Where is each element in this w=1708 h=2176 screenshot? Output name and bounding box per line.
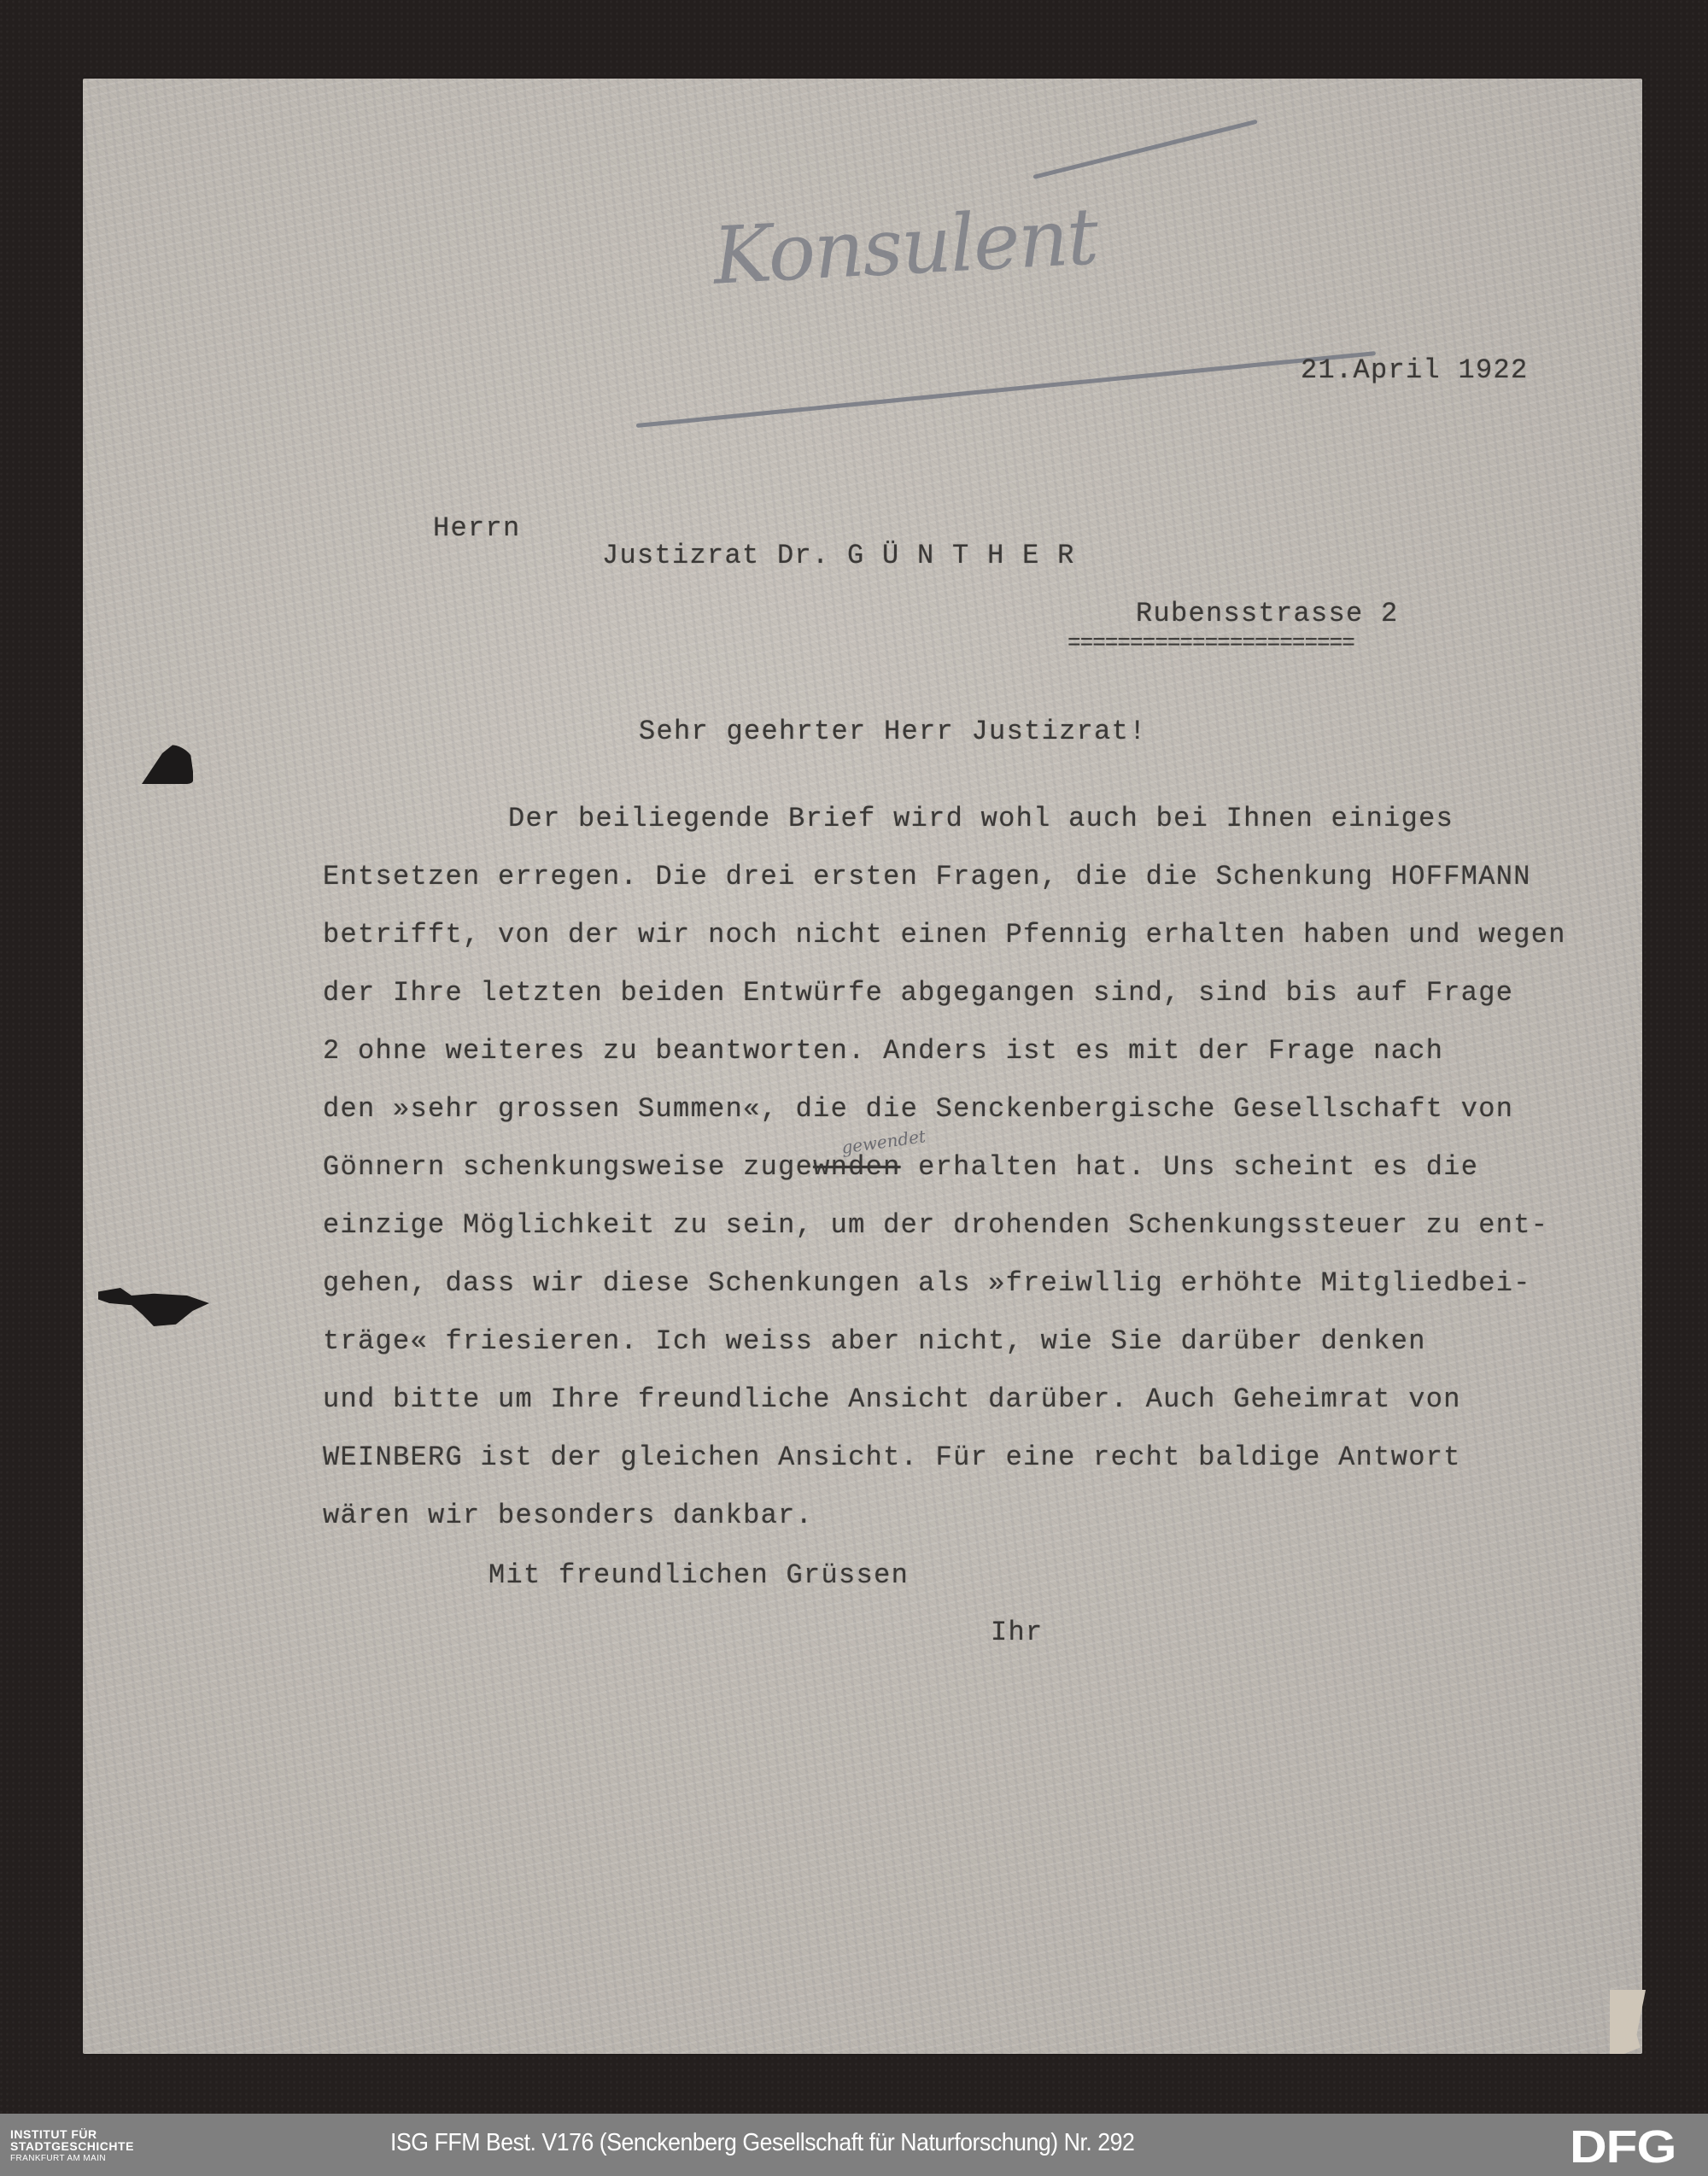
dfg-logo: DFG [1570,2124,1676,2170]
body-line-1: Der beiliegende Brief wird wohl auch bei… [508,803,1454,834]
body-line-2: Entsetzen erregen. Die drei ersten Frage… [323,861,1531,892]
body-line-4: der Ihre letzten beiden Entwürfe abgegan… [323,977,1513,1009]
signature-word: Ihr [991,1617,1044,1648]
letter-closing: Mit freundlichen Grüssen [488,1559,909,1591]
recipient-name: Justizrat Dr. G Ü N T H E R [602,540,1075,571]
institute-logo-line1: INSTITUT FÜR [10,2128,134,2140]
recipient-salutation: Herrn [433,512,521,544]
body-line-3: betrifft, von der wir noch nicht einen P… [323,919,1566,951]
body-line-5: 2 ohne weiteres zu beantworten. Anders i… [323,1035,1443,1067]
institute-logo: INSTITUT FÜR STADTGESCHICHTE FRANKFURT A… [10,2128,134,2163]
body-line-13: wären wir besonders dankbar. [323,1500,813,1531]
body-line-6: den »sehr grossen Summen«, die die Senck… [323,1093,1513,1125]
body-line-11: und bitte um Ihre freundliche Ansicht da… [323,1383,1461,1415]
body-line-12: WEINBERG ist der gleichen Ansicht. Für e… [323,1442,1461,1473]
body-line-7: Gönnern schenkungsweise zugewnden erhalt… [323,1151,1478,1183]
archive-footer-bar: INSTITUT FÜR STADTGESCHICHTE FRANKFURT A… [0,2114,1708,2176]
letter-greeting: Sehr geehrter Herr Justizrat! [639,716,1147,747]
institute-logo-line2: STADTGESCHICHTE [10,2140,134,2152]
address-underline: ======================= [1067,630,1354,656]
body-line-7-end: erhalten hat. Uns scheint es die [901,1151,1479,1183]
archive-reference-caption: ISG FFM Best. V176 (Senckenberg Gesellsc… [390,2129,1134,2157]
recipient-address: Rubensstrasse 2 [1136,598,1399,629]
body-line-7-start: Gönnern schenkungsweise zuge [323,1151,813,1183]
institute-logo-line3: FRANKFURT AM MAIN [10,2155,134,2163]
struck-word: wnden [813,1151,901,1183]
letter-date: 21.April 1922 [1301,354,1529,386]
body-line-8: einzige Möglichkeit zu sein, um der droh… [323,1209,1548,1241]
body-line-9: gehen, dass wir diese Schenkungen als »f… [323,1267,1531,1299]
body-line-10: träge« friesieren. Ich weiss aber nicht,… [323,1325,1426,1357]
